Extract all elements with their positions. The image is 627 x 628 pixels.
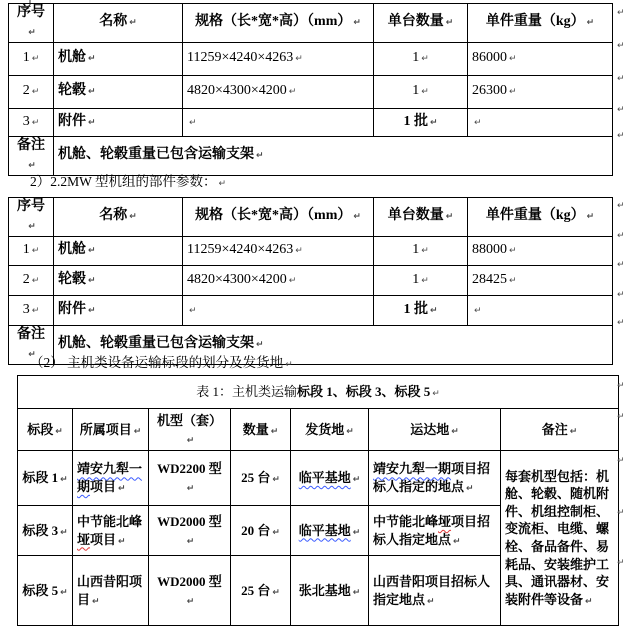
destination-cell: 靖安九犁一期项目招标人指定的地点↵ [369,451,501,506]
pilcrow-mark: ↵ [466,484,474,494]
name-value: 附件 [58,114,86,129]
pilcrow-mark: ↵ [32,246,40,256]
destination-value: 靖安九犁一期 [373,461,451,476]
spec-table-2-2mw: 序号↵ 名称↵ 规格（长*宽*高）（mm）↵ 单台数量↵ 单件重量（kg）↵ 1… [8,197,613,365]
spec-value: 4820×4300×4200 [187,272,287,287]
header-label: 规格（长*宽*高）（mm） [195,208,351,223]
section-cell: 标段 1↵ [18,451,73,506]
qty-cell: 1↵ [374,42,468,75]
pilcrow-mark: ↵ [451,427,459,437]
quantity-cell: 20 台↵ [231,506,291,556]
table-row: 1↵ 机舱↵ 11259×4240×4263↵ 1↵ 88000↵ [9,236,613,265]
pilcrow-mark: ↵ [474,118,482,128]
serial-cell: 2↵ [9,265,54,295]
header-label: 名称 [99,14,127,29]
end-of-row-mark: ↵ [617,558,625,568]
pilcrow-mark: ↵ [32,306,40,316]
pilcrow-mark: ↵ [353,212,361,222]
pilcrow-mark: ↵ [129,212,137,222]
pilcrow-mark: ↵ [271,427,279,437]
pilcrow-mark: ↵ [421,54,429,64]
note-label: 备注 [17,327,45,342]
table-header-row: 序号↵ 名称↵ 规格（长*宽*高）（mm）↵ 单台数量↵ 单件重量（kg）↵ [9,198,613,237]
name-cell: 轮毂↵ [54,265,183,295]
pilcrow-mark: ↵ [353,475,361,485]
header-qty: 单台数量↵ [374,4,468,43]
header-label: 单件重量（kg） [486,14,585,29]
serial-value: 2 [23,83,30,98]
table-header-row: 标段↵ 所属项目↵ 机型（套）↵ 数量↵ 发货地↵ 运达地↵ 备注↵ [18,409,619,451]
pilcrow-mark: ↵ [427,597,435,607]
header-label: 标段 [27,422,53,437]
weight-cell: 88000↵ [468,236,613,265]
project-value: 中节能北峰 [77,514,142,529]
header-project: 所属项目↵ [73,409,149,451]
model-cell: WD2000 型↵ [149,556,231,626]
table-title-cell: 表 1：主机类运输标段 1、标段 3、标段 5↵ [18,376,619,409]
pilcrow-mark: ↵ [28,222,36,232]
pilcrow-mark: ↵ [32,87,40,97]
pilcrow-mark: ↵ [421,276,429,286]
header-label: 序号 [17,199,45,214]
origin-cell: 临平基地↵ [291,506,369,556]
qty-cell: 1↵ [374,75,468,108]
pilcrow-mark: ↵ [585,597,593,607]
section-value: 标段 1 [22,470,58,485]
header-label: 单台数量 [388,14,444,29]
qty-cell: 1 批↵ [374,108,468,136]
heading-transport-sections: （2） 主机类设备运输标段的划分及发货地↵ [30,351,293,371]
spec-cell: 11259×4240×4263↵ [183,42,374,75]
model-value: WD2000 型 [157,514,222,529]
header-name: 名称↵ [54,4,183,43]
project-cell: 山西昔阳项目↵ [73,556,149,626]
header-label: 名称 [99,208,127,223]
note-text: 机舱、轮毂重量已包含运输支架 [58,336,254,351]
pilcrow-mark: ↵ [587,212,595,222]
spec-value: 4820×4300×4200 [187,83,287,98]
pilcrow-mark: ↵ [285,360,293,370]
heading-text: （2） 主机类设备运输标段的划分及发货地 [30,355,283,370]
pilcrow-mark: ↵ [32,276,40,286]
table-header-row: 序号↵ 名称↵ 规格（长*宽*高）（mm）↵ 单台数量↵ 单件重量（kg）↵ [9,4,613,43]
remark-text: 每套机型包括：机舱、轮毂、随机附件、机组控制柜、变流柜、电缆、螺栓、备品备件、易… [505,469,609,607]
header-qty: 单台数量↵ [374,198,468,237]
header-model: 机型（套）↵ [149,409,231,451]
name-value: 轮毂 [58,83,86,98]
qty-value: 1 [412,242,419,257]
pilcrow-mark: ↵ [118,537,126,547]
model-value: WD2000 型 [157,574,222,589]
pilcrow-mark: ↵ [60,528,68,538]
header-name: 名称↵ [54,198,183,237]
spec-value: 11259×4240×4263 [187,50,293,65]
header-label: 单台数量 [388,208,444,223]
header-origin: 发货地↵ [291,409,369,451]
table-title-prefix: 表 1：主机类运输 [196,384,297,399]
name-value: 附件 [58,302,86,317]
end-of-row-mark: ↵ [617,318,625,328]
pilcrow-mark: ↵ [60,588,68,598]
project-value: 垭 [77,532,90,547]
pilcrow-mark: ↵ [187,537,195,547]
pilcrow-mark: ↵ [219,179,227,189]
pilcrow-mark: ↵ [88,276,96,286]
qty-cell: 1↵ [374,236,468,265]
pilcrow-mark: ↵ [474,306,482,316]
header-section: 标段↵ [18,409,73,451]
header-destination: 运达地↵ [369,409,501,451]
pilcrow-mark: ↵ [88,306,96,316]
qty-value: 1 [412,83,419,98]
table-row: 3↵ 附件↵ ↵ 1 批↵ ↵ [9,295,613,325]
section-value: 标段 5 [22,583,58,598]
spec-cell: 4820×4300×4200↵ [183,75,374,108]
table-row-section-1: 标段 1↵ 靖安九犁一期项目↵ WD2200 型↵ 25 台↵ 临平基地↵ 靖安… [18,451,619,506]
pilcrow-mark: ↵ [509,54,517,64]
pilcrow-mark: ↵ [509,276,517,286]
header-quantity: 数量↵ [231,409,291,451]
pilcrow-mark: ↵ [570,427,578,437]
weight-cell: ↵ [468,295,613,325]
pilcrow-mark: ↵ [421,246,429,256]
pilcrow-mark: ↵ [88,87,96,97]
pilcrow-mark: ↵ [60,475,68,485]
table-row: 2↵ 轮毂↵ 4820×4300×4200↵ 1↵ 26300↵ [9,75,613,108]
pilcrow-mark: ↵ [430,118,438,128]
weight-value: 86000 [472,50,507,65]
end-of-row-mark: ↵ [617,8,625,18]
destination-value: 垭 [438,514,451,529]
pilcrow-mark: ↵ [295,246,303,256]
serial-value: 2 [23,272,30,287]
end-of-row-mark: ↵ [617,260,625,270]
pilcrow-mark: ↵ [432,389,440,399]
weight-value: 88000 [472,242,507,257]
serial-value: 1 [23,242,30,257]
end-of-row-mark: ↵ [617,105,625,115]
pilcrow-mark: ↵ [453,537,461,547]
serial-value: 3 [23,302,30,317]
name-cell: 附件↵ [54,108,183,136]
pilcrow-mark: ↵ [187,436,195,446]
name-value: 机舱 [58,50,86,65]
pilcrow-mark: ↵ [587,18,595,28]
model-cell: WD2000 型↵ [149,506,231,556]
serial-cell: 1↵ [9,236,54,265]
pilcrow-mark: ↵ [134,427,142,437]
qty-cell: 1 批↵ [374,295,468,325]
end-of-row-mark: ↵ [617,74,625,84]
serial-cell: 1↵ [9,42,54,75]
end-of-row-mark: ↵ [617,290,625,300]
header-label: 序号 [17,5,45,20]
origin-value: 临平基地 [299,470,351,485]
serial-cell: 3↵ [9,295,54,325]
qty-value: 1 批 [403,114,428,129]
origin-cell: 张北基地↵ [291,556,369,626]
heading-text: 2）2.2MW 型机组的部件参数： [30,174,217,189]
pilcrow-mark: ↵ [256,151,264,161]
table-row: 2↵ 轮毂↵ 4820×4300×4200↵ 1↵ 28425↵ [9,265,613,295]
serial-value: 3 [23,114,30,129]
pilcrow-mark: ↵ [272,475,280,485]
serial-value: 1 [23,50,30,65]
header-spec: 规格（长*宽*高）（mm）↵ [183,198,374,237]
note-text: 机舱、轮毂重量已包含运输支架 [58,147,254,162]
pilcrow-mark: ↵ [187,484,195,494]
header-spec: 规格（长*宽*高）（mm）↵ [183,4,374,43]
weight-cell: 28425↵ [468,265,613,295]
header-label: 机型（套） [157,413,222,428]
weight-cell: 86000↵ [468,42,613,75]
section-value: 标段 3 [22,523,58,538]
project-cell: 中节能北峰垭项目↵ [73,506,149,556]
end-of-row-mark: ↵ [617,456,625,466]
header-label: 数量 [243,422,269,437]
pilcrow-mark: ↵ [346,427,354,437]
pilcrow-mark: ↵ [353,588,361,598]
section-cell: 标段 3↵ [18,506,73,556]
name-cell: 机舱↵ [54,42,183,75]
pilcrow-mark: ↵ [289,276,297,286]
header-weight: 单件重量（kg）↵ [468,4,613,43]
pilcrow-mark: ↵ [129,18,137,28]
pilcrow-mark: ↵ [189,306,197,316]
pilcrow-mark: ↵ [32,118,40,128]
serial-cell: 3↵ [9,108,54,136]
weight-cell: 26300↵ [468,75,613,108]
end-of-row-mark: ↵ [617,381,625,391]
spec-cell: ↵ [183,295,374,325]
serial-cell: 2↵ [9,75,54,108]
origin-cell: 临平基地↵ [291,451,369,506]
pilcrow-mark: ↵ [446,18,454,28]
spec-table-2-0mw: 序号↵ 名称↵ 规格（长*宽*高）（mm）↵ 单台数量↵ 单件重量（kg）↵ 1… [8,3,613,176]
pilcrow-mark: ↵ [55,427,63,437]
transport-table: 表 1：主机类运输标段 1、标段 3、标段 5↵ 标段↵ 所属项目↵ 机型（套）… [17,375,619,626]
weight-value: 28425 [472,272,507,287]
weight-value: 26300 [472,83,507,98]
table-row: 3↵ 附件↵ ↵ 1 批↵ ↵ [9,108,613,136]
end-of-row-mark: ↵ [617,508,625,518]
destination-cell: 山西昔阳项目招标人指定地点↵ [369,556,501,626]
header-weight: 单件重量（kg）↵ [468,198,613,237]
pilcrow-mark: ↵ [421,87,429,97]
table-title-bold: 标段 1、标段 3、标段 5 [297,384,430,399]
end-of-row-mark: ↵ [617,131,625,141]
project-value: 项目 [90,479,116,494]
quantity-value: 25 台 [241,583,270,598]
end-of-row-mark: ↵ [617,41,625,51]
end-of-row-mark: ↵ [617,201,625,211]
header-label: 备注 [542,422,568,437]
table-title-row: 表 1：主机类运输标段 1、标段 3、标段 5↵ [18,376,619,409]
name-cell: 附件↵ [54,295,183,325]
note-label: 备注 [17,138,45,153]
name-value: 轮毂 [58,272,86,287]
header-remark: 备注↵ [501,409,619,451]
model-cell: WD2200 型↵ [149,451,231,506]
pilcrow-mark: ↵ [295,54,303,64]
pilcrow-mark: ↵ [92,597,100,607]
header-label: 单件重量（kg） [486,208,585,223]
spec-cell: 4820×4300×4200↵ [183,265,374,295]
quantity-cell: 25 台↵ [231,556,291,626]
pilcrow-mark: ↵ [28,28,36,38]
pilcrow-mark: ↵ [118,484,126,494]
qty-value: 1 [412,50,419,65]
pilcrow-mark: ↵ [272,528,280,538]
name-value: 机舱 [58,242,86,257]
pilcrow-mark: ↵ [88,54,96,64]
spec-cell: 11259×4240×4263↵ [183,236,374,265]
project-value: 项目 [90,532,116,547]
table-row: 1↵ 机舱↵ 11259×4240×4263↵ 1↵ 86000↵ [9,42,613,75]
pilcrow-mark: ↵ [430,306,438,316]
section-cell: 标段 5↵ [18,556,73,626]
pilcrow-mark: ↵ [446,212,454,222]
name-cell: 机舱↵ [54,236,183,265]
quantity-cell: 25 台↵ [231,451,291,506]
heading-2-2mw-params: 2）2.2MW 型机组的部件参数：↵ [30,170,226,190]
quantity-value: 25 台 [241,470,270,485]
name-cell: 轮毂↵ [54,75,183,108]
pilcrow-mark: ↵ [187,597,195,607]
quantity-value: 20 台 [241,523,270,538]
header-label: 规格（长*宽*高）（mm） [195,14,351,29]
remark-cell: 每套机型包括：机舱、轮毂、随机附件、机组控制柜、变流柜、电缆、螺栓、备品备件、易… [501,451,619,626]
spec-cell: ↵ [183,108,374,136]
destination-value: 中节能北峰 [373,514,438,529]
pilcrow-mark: ↵ [509,246,517,256]
header-label: 所属项目 [80,422,132,437]
pilcrow-mark: ↵ [88,118,96,128]
header-serial: 序号↵ [9,198,54,237]
destination-cell: 中节能北峰垭项目招标人指定地点↵ [369,506,501,556]
pilcrow-mark: ↵ [32,54,40,64]
origin-value: 临平基地 [299,523,351,538]
pilcrow-mark: ↵ [189,118,197,128]
header-label: 运达地 [410,422,449,437]
end-of-row-mark: ↵ [617,231,625,241]
project-value: 山西昔阳项目 [77,574,142,607]
qty-value: 1 [412,272,419,287]
qty-value: 1 批 [403,302,428,317]
header-label: 发货地 [305,422,344,437]
origin-value: 张北基地 [299,583,351,598]
pilcrow-mark: ↵ [353,528,361,538]
qty-cell: 1↵ [374,265,468,295]
header-serial: 序号↵ [9,4,54,43]
pilcrow-mark: ↵ [509,87,517,97]
pilcrow-mark: ↵ [272,588,280,598]
project-cell: 靖安九犁一期项目↵ [73,451,149,506]
pilcrow-mark: ↵ [289,87,297,97]
model-value: WD2200 型 [157,461,222,476]
weight-cell: ↵ [468,108,613,136]
pilcrow-mark: ↵ [88,246,96,256]
pilcrow-mark: ↵ [256,340,264,350]
pilcrow-mark: ↵ [353,18,361,28]
end-of-row-mark: ↵ [617,412,625,422]
spec-value: 11259×4240×4263 [187,242,293,257]
